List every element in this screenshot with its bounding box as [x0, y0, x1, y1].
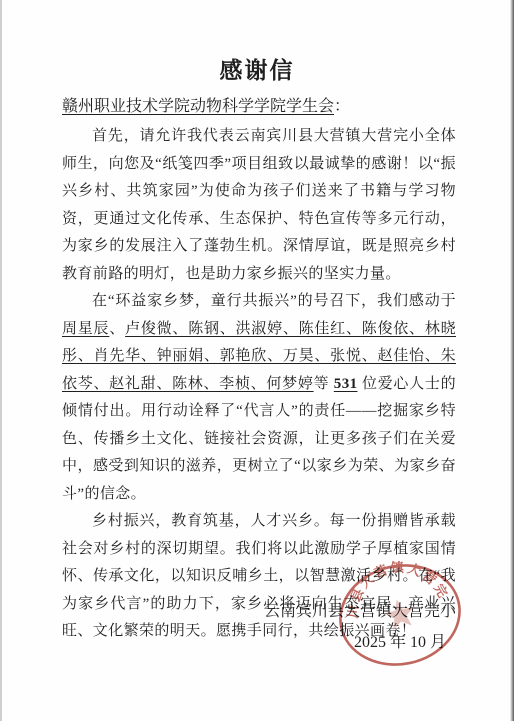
salutation-colon: ： [334, 98, 350, 115]
photo-edge-left [0, 0, 2, 721]
letter-body: 首先，请允许我代表云南宾川县大营镇大营完小全体师生，向您及“纸笺四季”项目组致以… [62, 123, 456, 646]
text-segment: 首先，请允许我代表云南宾川县大营镇大营完小全体师生，向您及“纸笺四季”项目组致以… [62, 128, 456, 282]
text-segment: 位爱心人士的倾情付出。用行动诠释了“代言人”的责任——挖掘家乡特色、传播乡土文化… [62, 376, 456, 502]
donor-name: 周星辰 [62, 321, 109, 337]
paragraph: 在“环益家乡梦，童行共振兴”的号召下，我们感动于周星辰、卢俊微、陈钢、洪淑婷、陈… [62, 288, 456, 508]
letter-title: 感谢信 [0, 52, 514, 85]
text-segment: 在“环益家乡梦，童行共振兴”的号召下，我们感动于 [92, 293, 456, 309]
text-segment: 、 [109, 321, 125, 337]
signature-school: 云南宾川县大营镇大营完小 [264, 596, 456, 627]
text-segment: 等 [314, 376, 334, 392]
letter-page: 感谢信 赣州职业技术学院动物科学学院学生会： 首先，请允许我代表云南宾川县大营镇… [0, 0, 514, 721]
signature-block: 云南宾川县大营镇大营完小 2025 年 10 月 [264, 596, 456, 658]
donor-count: 531 [334, 376, 358, 392]
recipient-name: 赣州职业技术学院动物科学学院学生会 [62, 98, 334, 115]
paragraph: 首先，请允许我代表云南宾川县大营镇大营完小全体师生，向您及“纸笺四季”项目组致以… [62, 123, 456, 288]
photo-edge-right [510, 0, 514, 721]
signature-date: 2025 年 10 月 [264, 627, 456, 658]
salutation-line: 赣州职业技术学院动物科学学院学生会： [62, 95, 456, 119]
